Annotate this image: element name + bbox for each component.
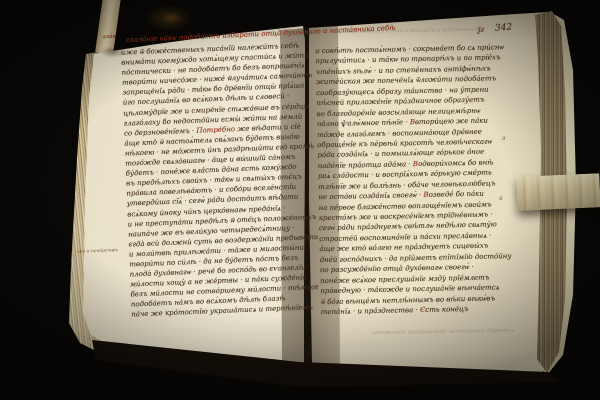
right-margin-mark: ѿ (499, 196, 502, 202)
right-page-text-block: о совѣ́тѣ постоѧ́нномъ · сокрыва́ет бо с… (315, 42, 525, 318)
chapter-label: гла́в (103, 34, 116, 41)
folio-number-cyrillic: ѯг (477, 25, 484, 34)
folio-number-arabic: 342 (495, 22, 513, 33)
photo-background: гла́в сказа́нїе ка́кѡ подоба́етъ избира́… (0, 0, 600, 400)
page-stain (160, 10, 184, 26)
side-tab-bookmark (516, 173, 600, 211)
right-margin-mark: д (502, 136, 505, 142)
left-page-text-block: и́же ѿ боже́ственыхъ писа́нїй належи́тъ … (121, 40, 312, 320)
